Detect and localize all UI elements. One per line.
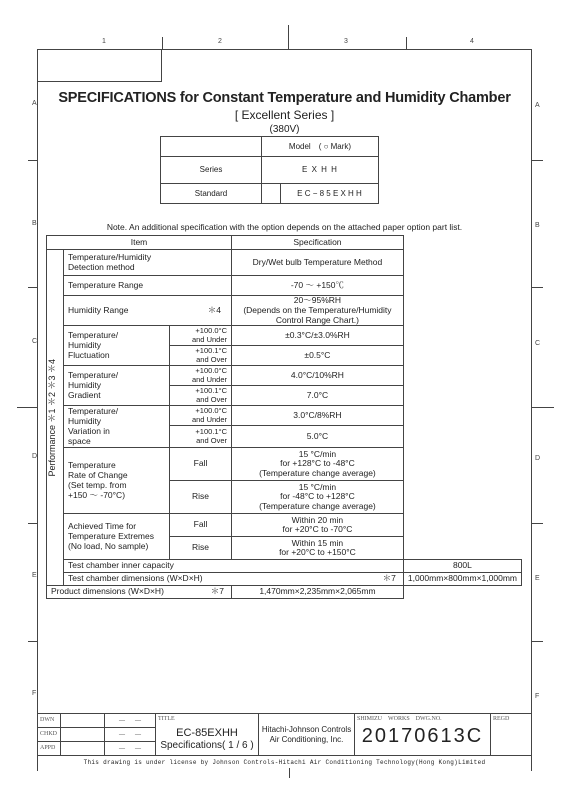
drawing-number: 20170613C xyxy=(357,725,488,748)
item-fluctuation: Temperature/ Humidity Fluctuation xyxy=(64,326,170,366)
drawing-number-label: SHIMIZU WORKS DWG.NO. xyxy=(357,716,488,723)
appd-name xyxy=(61,742,105,756)
center-tick xyxy=(289,768,290,778)
zone-row-b: B xyxy=(32,220,37,227)
company-name: Hitachi-Johnson Controls Air Conditionin… xyxy=(259,714,355,756)
zone-col-1: 1 xyxy=(102,38,106,45)
series-subtitle: [ Excellent Series ] xyxy=(37,108,532,122)
humidity-range-note: (Depends on the Temperature/Humidity Con… xyxy=(236,306,399,326)
standard-mark-cell xyxy=(262,184,281,204)
license-note: This drawing is under license by Johnson… xyxy=(37,759,532,766)
zone-row-a-right: A xyxy=(535,102,540,109)
sub-rise: Rise xyxy=(170,481,232,514)
title-model: EC-85EXHH xyxy=(158,727,256,740)
zone-col-2: 2 xyxy=(218,38,222,45)
zone-row-f: F xyxy=(32,690,36,697)
title-cell: TITLE EC-85EXHH Specifications( 1 / 6 ) xyxy=(156,714,259,756)
item-inner-capacity: Test chamber inner capacity xyxy=(64,560,404,573)
model-table: Model ( ○ Mark) Series E X H H Standard … xyxy=(160,136,379,204)
zone-row-c-right: C xyxy=(535,340,540,347)
chkd-name xyxy=(61,728,105,742)
title-label: TITLE xyxy=(158,716,256,723)
item-detection: Temperature/Humidity Detection method xyxy=(64,250,232,276)
col-header-item: Item xyxy=(47,236,232,250)
regd-cell: REGD xyxy=(491,714,532,756)
chkd-label: CHKD xyxy=(38,728,61,742)
dwn-label: DWN xyxy=(38,714,61,728)
spec-chamber-dimensions: 1,000mm×800mm×1,000mm xyxy=(403,573,521,586)
sub-fall: Fall xyxy=(170,448,232,481)
model-header: Model ( ○ Mark) xyxy=(262,137,379,157)
zone-tick xyxy=(531,160,543,161)
spec-temp-range: -70 ～ +150℃ xyxy=(232,276,404,296)
spec-variation-over: 5.0°C xyxy=(232,426,404,448)
appd-label: APPD xyxy=(38,742,61,756)
humidity-range-label: Humidity Range xyxy=(68,305,128,315)
performance-label: Performance ＊1 ＊2 ＊3 ＊4 xyxy=(47,359,57,477)
item-gradient: Temperature/ Humidity Gradient xyxy=(64,366,170,406)
spec-fluctuation-under: ±0.3°C/±3.0%RH xyxy=(232,326,404,346)
drawing-number-cell: SHIMIZU WORKS DWG.NO. 20170613C xyxy=(355,714,491,756)
dwn-name xyxy=(61,714,105,728)
zone-tick xyxy=(288,25,289,49)
sub-over: +100.1°C and Over xyxy=(170,346,232,366)
sub-fall: Fall xyxy=(170,514,232,537)
dwn-date: － － xyxy=(105,714,156,728)
zone-tick xyxy=(531,523,543,524)
spec-variation-under: 3.0°C/8%RH xyxy=(232,406,404,426)
spec-gradient-under: 4.0°C/10%RH xyxy=(232,366,404,386)
item-humidity-range: Humidity Range ＊4 xyxy=(64,296,232,326)
spec-inner-capacity: 800L xyxy=(403,560,521,573)
revision-box xyxy=(37,49,162,82)
performance-group: Performance ＊1 ＊2 ＊3 ＊4 xyxy=(47,250,64,586)
spec-detection: Dry/Wet bulb Temperature Method xyxy=(232,250,404,276)
zone-row-b-right: B xyxy=(535,222,540,229)
model-table-blank xyxy=(161,137,262,157)
zone-row-d-right: D xyxy=(535,455,540,462)
item-chamber-dimensions: Test chamber dimensions (W×D×H) ＊7 xyxy=(64,573,404,586)
item-product-dimensions: Product dimensions (W×D×H) ＊7 xyxy=(47,586,232,599)
footnote-mark: ＊7 xyxy=(211,587,227,597)
zone-col-4: 4 xyxy=(470,38,474,45)
zone-row-f-right: F xyxy=(535,693,539,700)
frame-left xyxy=(37,49,38,771)
document-title: SPECIFICATIONS for Constant Temperature … xyxy=(37,90,532,106)
item-variation: Temperature/ Humidity Variation in space xyxy=(64,406,170,448)
chkd-date: － － xyxy=(105,728,156,742)
chamber-dimensions-label: Test chamber dimensions (W×D×H) xyxy=(68,573,203,583)
zone-tick xyxy=(531,407,554,408)
zone-tick xyxy=(162,37,163,49)
spec-product-dimensions: 1,470mm×2,235mm×2,065mm xyxy=(232,586,404,599)
spec-fluctuation-over: ±0.5°C xyxy=(232,346,404,366)
regd-label: REGD xyxy=(493,716,529,723)
appd-date: － － xyxy=(105,742,156,756)
standard-label: Standard xyxy=(161,184,262,204)
sub-under: +100.0°C and Under xyxy=(170,326,232,346)
option-note: Note. An additional specification with t… xyxy=(37,222,532,232)
item-achieved-time: Achieved Time for Temperature Extremes (… xyxy=(64,514,170,560)
footnote-mark: ＊4 xyxy=(208,306,227,316)
zone-tick xyxy=(406,37,407,49)
frame-right xyxy=(531,49,532,771)
voltage-label: (380V) xyxy=(37,124,532,135)
title-document: Specifications( 1 / 6 ) xyxy=(158,740,256,752)
col-header-spec: Specification xyxy=(232,236,404,250)
zone-tick xyxy=(531,287,543,288)
spec-table: Item Specification Performance ＊1 ＊2 ＊3 … xyxy=(46,235,522,599)
zone-tick xyxy=(531,641,543,642)
zone-row-e: E xyxy=(32,572,37,579)
series-label: Series xyxy=(161,157,262,184)
zone-row-e-right: E xyxy=(535,575,540,582)
standard-value: E C − 8 5 E X H H xyxy=(281,184,379,204)
spec-achieved-rise: Within 15 min for +20°C to +150°C xyxy=(232,537,404,560)
title-block: DWN － － TITLE EC-85EXHH Specifications( … xyxy=(37,713,532,756)
series-value: E X H H xyxy=(262,157,379,184)
sub-over: +100.1°C and Over xyxy=(170,386,232,406)
item-temp-range: Temperature Range xyxy=(64,276,232,296)
spec-achieved-fall: Within 20 min for +20°C to -70°C xyxy=(232,514,404,537)
sub-over: +100.1°C and Over xyxy=(170,426,232,448)
zone-row-a: A xyxy=(32,100,37,107)
spec-rate-rise: 15 °C/min for -48°C to +128°C (Temperatu… xyxy=(232,481,404,514)
sub-under: +100.0°C and Under xyxy=(170,406,232,426)
spec-rate-fall: 15 °C/min for +128°C to -48°C (Temperatu… xyxy=(232,448,404,481)
spec-gradient-over: 7.0°C xyxy=(232,386,404,406)
item-rate-of-change: Temperature Rate of Change (Set temp. fr… xyxy=(64,448,170,514)
spec-humidity-range: 20～95%RH (Depends on the Temperature/Hum… xyxy=(232,296,404,326)
sub-under: +100.0°C and Under xyxy=(170,366,232,386)
product-dimensions-label: Product dimensions (W×D×H) xyxy=(51,586,164,596)
zone-col-3: 3 xyxy=(344,38,348,45)
zone-tick xyxy=(17,407,38,408)
sub-rise: Rise xyxy=(170,537,232,560)
footnote-mark: ＊7 xyxy=(383,574,399,584)
